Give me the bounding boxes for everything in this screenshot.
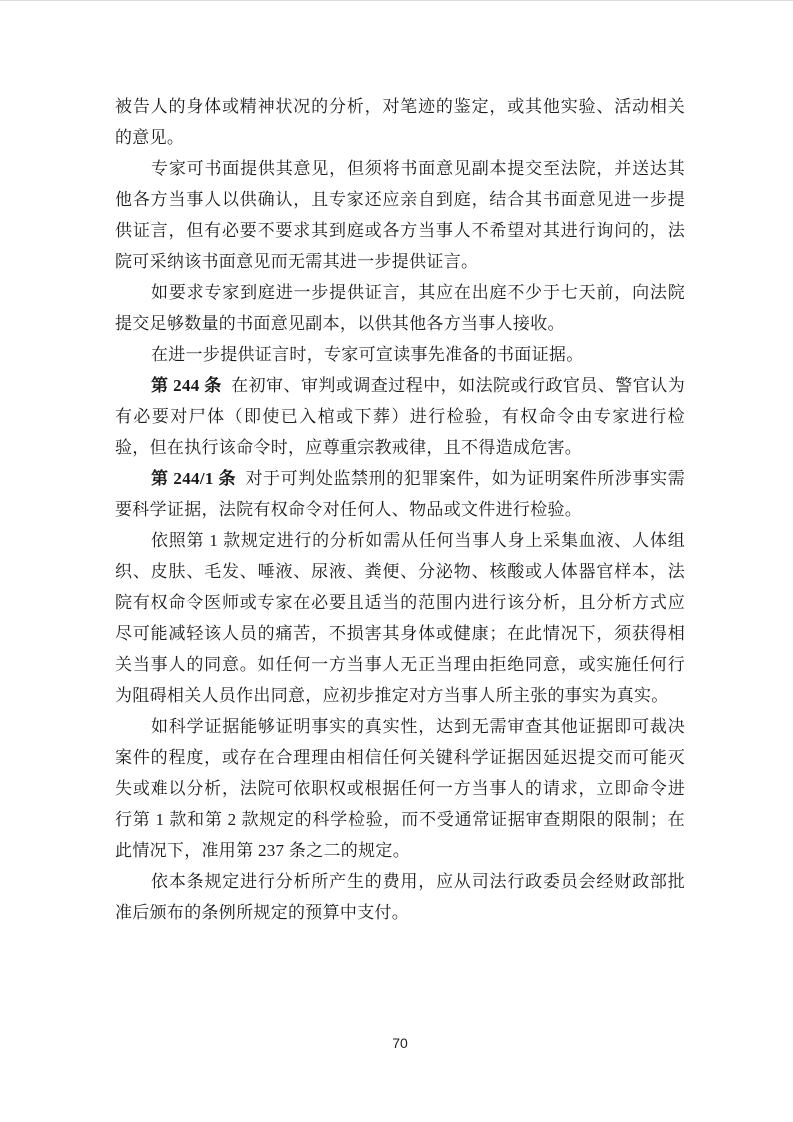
- page-number: 70: [115, 1035, 685, 1051]
- article-244-number: 第 244 条: [151, 376, 222, 395]
- paragraph-expert-written-opinion: 专家可书面提供其意见，但须将书面意见副本提交至法院，并送达其他各方当事人以供确认…: [115, 153, 685, 277]
- document-page: 被告人的身体或精神状况的分析，对笔迹的鉴定，或其他实验、活动相关的意见。 专家可…: [0, 0, 793, 1122]
- paragraph-article-244: 第 244 条在初审、审判或调查过程中，如法院或行政官员、警官认为有必要对尸体（…: [115, 370, 685, 463]
- article-244-1-number: 第 244/1 条: [151, 469, 236, 488]
- page-top-edge: [0, 0, 793, 1]
- paragraph-article-244-1: 第 244/1 条对于可判处监禁刑的犯罪案件，如为证明案件所涉事实需要科学证据，…: [115, 463, 685, 525]
- paragraph-expert-read-evidence: 在进一步提供证言时，专家可宣读事先准备的书面证据。: [115, 339, 685, 370]
- paragraph-sample-collection: 依照第 1 款规定进行的分析如需从任何当事人身上采集血液、人体组织、皮肤、毛发、…: [115, 525, 685, 711]
- paragraph-continuation: 被告人的身体或精神状况的分析，对笔迹的鉴定，或其他实验、活动相关的意见。: [115, 91, 685, 153]
- document-body: 被告人的身体或精神状况的分析，对笔迹的鉴定，或其他实验、活动相关的意见。 专家可…: [115, 91, 685, 928]
- paragraph-analysis-costs: 依本条规定进行分析所产生的费用，应从司法行政委员会经财政部批准后颁布的条例所规定…: [115, 866, 685, 928]
- paragraph-scientific-evidence: 如科学证据能够证明事实的真实性，达到无需审查其他证据即可裁决案件的程度，或存在合…: [115, 711, 685, 866]
- paragraph-expert-court-testimony: 如要求专家到庭进一步提供证言，其应在出庭不少于七天前，向法院提交足够数量的书面意…: [115, 277, 685, 339]
